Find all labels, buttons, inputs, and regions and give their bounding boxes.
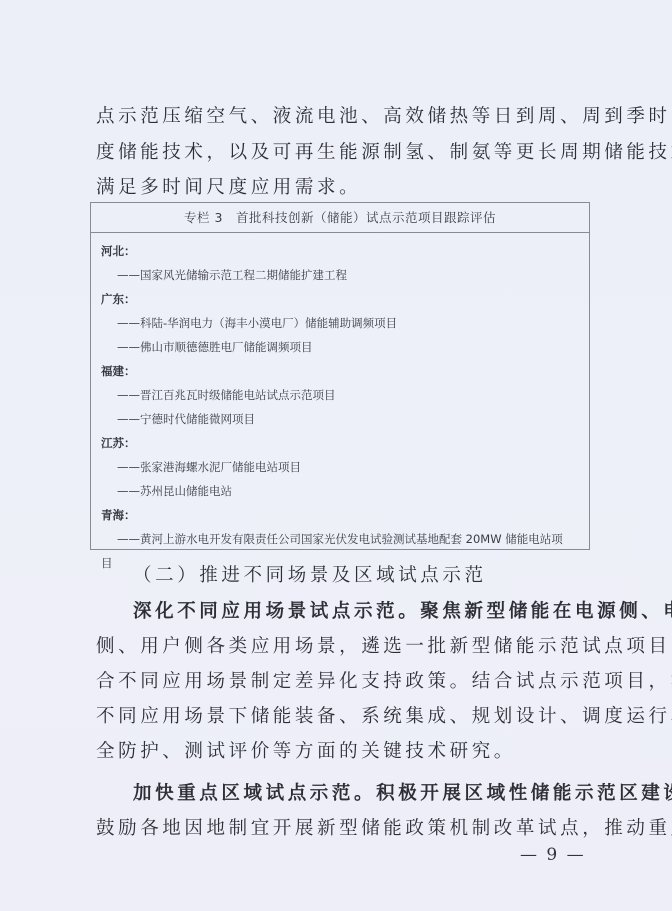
intro-line-2: 度储能技术，以及可再生能源制氢、制氨等更长周期储能技术，	[96, 141, 601, 165]
intro-line-3: 满足多时间尺度应用需求。	[96, 176, 601, 200]
para1-line-4: 不同应用场景下储能装备、系统集成、规划设计、调度运行、安	[96, 705, 601, 729]
region-hebei: 河北：	[101, 243, 136, 259]
project-item: ——张家港海螺水泥厂储能电站项目	[117, 459, 301, 475]
para1-line-1: 深化不同应用场景试点示范。聚焦新型储能在电源侧、电网	[133, 600, 638, 624]
project-item: ——晋江百兆瓦时级储能电站试点示范项目	[117, 387, 336, 403]
project-item: ——国家风光储输示范工程二期储能扩建工程	[117, 267, 347, 283]
page-number: — 9 —	[520, 845, 586, 865]
region-jiangsu: 江苏：	[101, 435, 136, 451]
para1-line-3: 合不同应用场景制定差异化支持政策。结合试点示范项目，深化	[96, 670, 601, 694]
project-item: ——佛山市顺德德胜电厂储能调频项目	[117, 339, 313, 355]
para1-line-2: 侧、用户侧各类应用场景，遴选一批新型储能示范试点项目，结	[96, 635, 601, 659]
project-item: ——苏州昆山储能电站	[117, 483, 232, 499]
document-page: 点示范压缩空气、液流电池、高效储热等日到周、周到季时间尺 度储能技术，以及可再生…	[0, 0, 672, 911]
para2-line-1: 加快重点区域试点示范。积极开展区域性储能示范区建设，	[133, 782, 638, 806]
para2-line-2: 鼓励各地因地制宜开展新型储能政策机制改革试点，推动重点区	[96, 817, 601, 841]
intro-line-1: 点示范压缩空气、液流电池、高效储热等日到周、周到季时间尺	[96, 105, 601, 129]
project-item: ——黄河上游水电开发有限责任公司国家光伏发电试验测试基地配套 20MW 储能电站…	[117, 531, 563, 547]
project-item: ——科陆-华润电力（海丰小漠电厂）储能辅助调频项目	[117, 315, 397, 331]
para1-line-5: 全防护、测试评价等方面的关键技术研究。	[96, 740, 601, 764]
region-qinghai: 青海：	[101, 507, 136, 523]
region-guangdong: 广东：	[101, 291, 136, 307]
feature-box-title: 专栏 3 首批科技创新（储能）试点示范项目跟踪评估	[91, 203, 589, 233]
project-item-wrap: 目	[101, 555, 113, 571]
feature-box: 专栏 3 首批科技创新（储能）试点示范项目跟踪评估 河北： ——国家风光储输示范…	[90, 202, 590, 550]
region-fujian: 福建：	[101, 363, 136, 379]
project-item: ——宁德时代储能微网项目	[117, 411, 255, 427]
section-heading: （二）推进不同场景及区域试点示范	[133, 564, 638, 588]
